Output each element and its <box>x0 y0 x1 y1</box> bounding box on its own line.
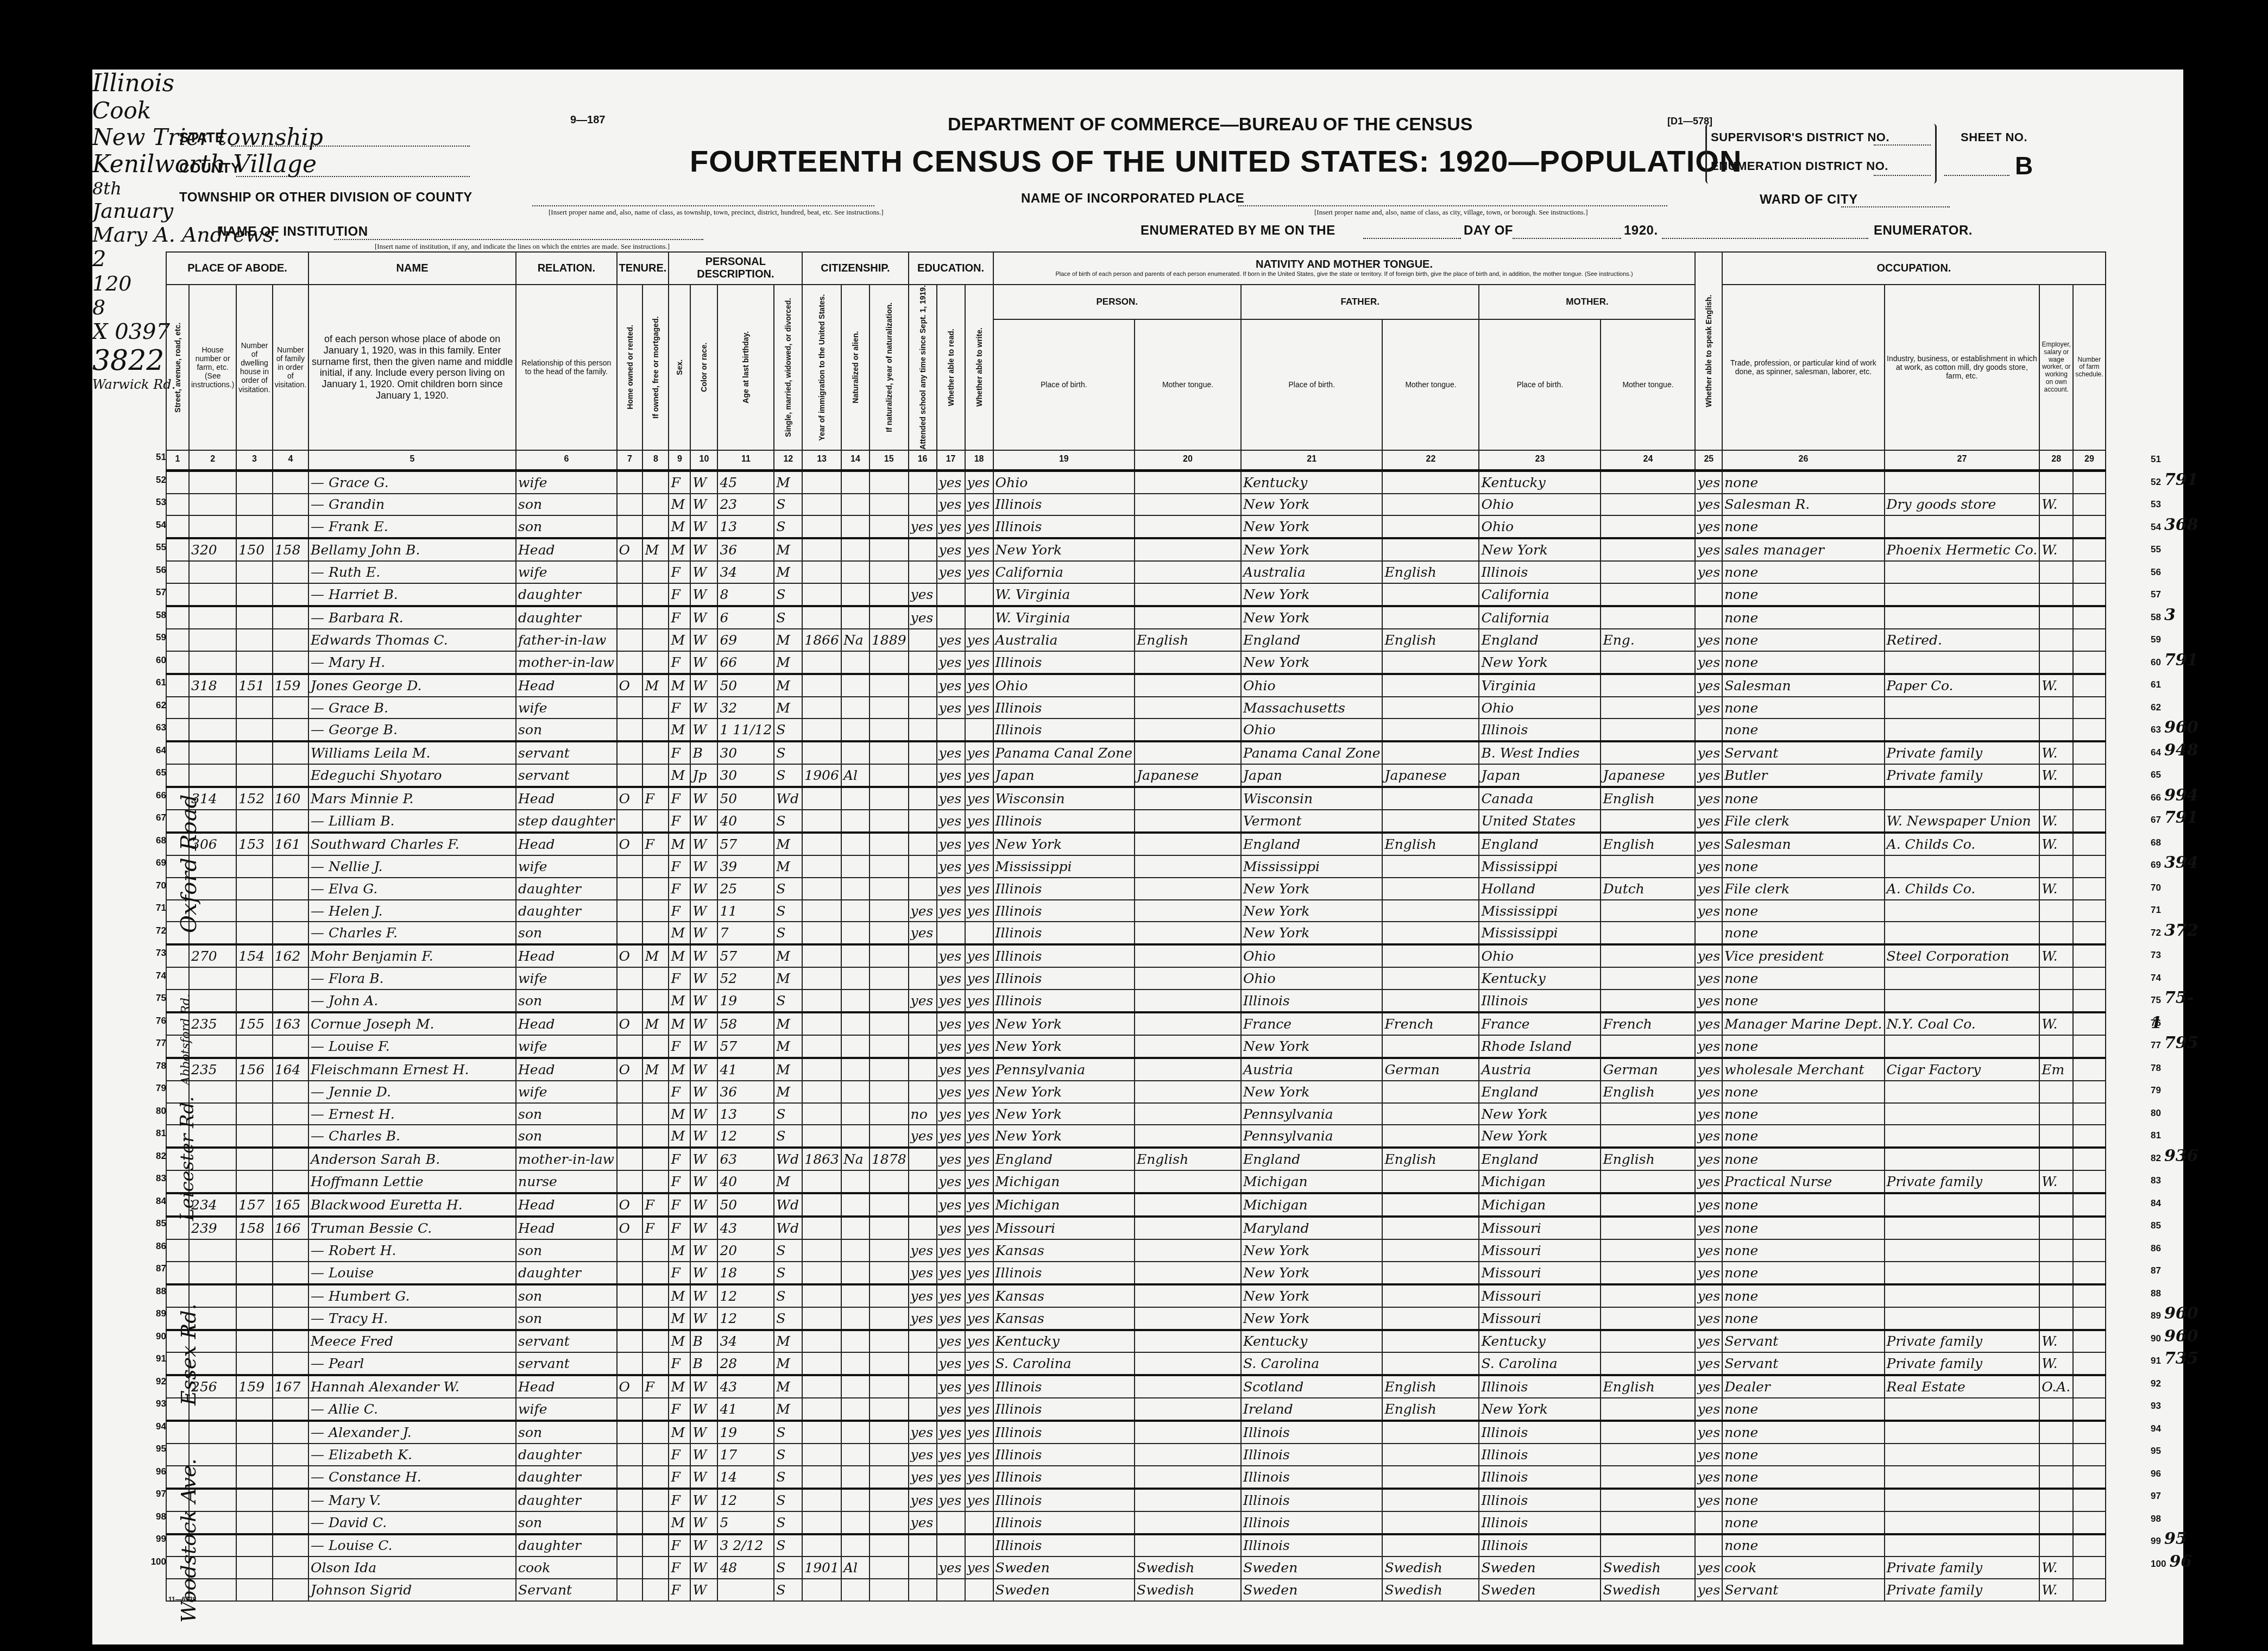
cell-house: 235 <box>189 1058 236 1081</box>
line-number: 58 <box>2151 612 2161 622</box>
cell-school <box>909 651 937 674</box>
cell-farm <box>2073 1421 2105 1444</box>
cell-immig <box>802 1103 841 1125</box>
cell-farm <box>2073 1398 2105 1421</box>
cell-class <box>2039 651 2073 674</box>
cell-relation: Servant <box>516 1579 617 1601</box>
cell-m-tongue <box>1601 719 1695 741</box>
cell-relation: wife <box>516 561 617 583</box>
line-number: 62 <box>2151 702 2161 713</box>
cell-industry <box>1885 1035 2040 1058</box>
cell-school <box>909 833 937 855</box>
col-27-header: Industry, business, or establishment in … <box>1885 285 2040 450</box>
cell-family <box>273 1170 308 1193</box>
cell-class <box>2039 1035 2073 1058</box>
cell-m-tongue <box>1601 1330 1695 1353</box>
cell-f-birth: Kentucky <box>1241 1330 1382 1353</box>
cell-race: W <box>690 1125 717 1148</box>
cell-tongue <box>1135 1352 1241 1375</box>
cell-class: W. <box>2039 741 2073 764</box>
cell-m-tongue <box>1601 967 1695 990</box>
cell-write <box>965 1579 993 1601</box>
cell-house <box>189 583 236 606</box>
cell-industry <box>1885 1511 2040 1534</box>
cell-school: yes <box>909 1239 937 1262</box>
cell-marital: S <box>774 810 802 833</box>
col-14-header: Naturalized or alien. <box>841 285 870 450</box>
cell-occupation: Vice president <box>1722 944 1884 967</box>
cell-owned <box>642 764 669 787</box>
cell-nat <box>841 1466 870 1489</box>
cell-nat <box>841 719 870 741</box>
cell-owned <box>642 1284 669 1307</box>
cell-natyr <box>870 1579 909 1601</box>
cell-industry <box>1885 787 2040 810</box>
cell-school <box>909 1534 937 1557</box>
cell-marital: Wd <box>774 1148 802 1170</box>
cell-dwelling: 150 <box>236 538 272 561</box>
cell-natyr <box>870 1466 909 1489</box>
table-row: 235155163Cornue Joseph M.HeadOMMW58Myesy… <box>166 1012 2106 1035</box>
cell-owned: F <box>642 1193 669 1217</box>
cell-english: yes <box>1695 651 1722 674</box>
cell-f-birth: New York <box>1241 1307 1382 1330</box>
cell-birth: New York <box>993 1012 1135 1035</box>
cell-natyr <box>870 1330 909 1353</box>
table-row: — GrandinsonMW23SyesyesIllinoisNew YorkO… <box>166 494 2106 516</box>
cell-m-birth: United States <box>1479 810 1601 833</box>
cell-marital: S <box>774 900 802 922</box>
cell-street <box>166 629 189 651</box>
cell-birth: Illinois <box>993 1466 1135 1489</box>
cell-natyr <box>870 1398 909 1421</box>
cell-family <box>273 494 308 516</box>
line-number-with-code: 66994 <box>2151 784 2172 807</box>
cell-occupation: Butler <box>1722 764 1884 787</box>
cell-m-tongue <box>1601 1035 1695 1058</box>
cell-nat: Na <box>841 629 870 651</box>
cell-industry <box>1885 1262 2040 1284</box>
cell-tongue <box>1135 1081 1241 1103</box>
cell-school <box>909 1058 937 1081</box>
cell-f-birth: England <box>1241 1148 1382 1170</box>
cell-read: yes <box>937 810 965 833</box>
cell-street <box>166 1421 189 1444</box>
cell-house <box>189 561 236 583</box>
cell-birth: Illinois <box>993 697 1135 719</box>
cell-street <box>166 719 189 741</box>
cell-race: W <box>690 1035 717 1058</box>
cell-sex: M <box>669 1103 690 1125</box>
line-number: 91 <box>147 1347 166 1370</box>
cell-english: yes <box>1695 810 1722 833</box>
cell-tongue <box>1135 1239 1241 1262</box>
cell-class: W. <box>2039 944 2073 967</box>
cell-f-birth: New York <box>1241 900 1382 922</box>
cell-marital: S <box>774 1307 802 1330</box>
cell-street <box>166 651 189 674</box>
col-25-header: Whether able to speak English. <box>1695 252 1722 450</box>
cell-race: W <box>690 1239 717 1262</box>
incorporated-place-label: Name of incorporated place <box>1021 191 1244 206</box>
cell-owned <box>642 1262 669 1284</box>
cell-f-tongue <box>1382 470 1479 493</box>
cell-write: yes <box>965 1489 993 1511</box>
cell-marital: S <box>774 1239 802 1262</box>
cell-f-birth: Illinois <box>1241 990 1382 1012</box>
col-11-header: Age at last birthday. <box>717 285 774 450</box>
cell-school: yes <box>909 1466 937 1489</box>
cell-nat <box>841 1398 870 1421</box>
cell-m-tongue: Dutch <box>1601 878 1695 900</box>
cell-name: Olson Ida <box>308 1557 516 1579</box>
cell-immig <box>802 1421 841 1444</box>
cell-marital: S <box>774 1489 802 1511</box>
cell-farm <box>2073 1352 2105 1375</box>
cell-occupation: none <box>1722 855 1884 878</box>
cell-m-tongue: Swedish <box>1601 1557 1695 1579</box>
census-rows: — Grace G.wifeFW45MyesyesOhioKentuckyKen… <box>166 470 2106 1601</box>
cell-marital: S <box>774 990 802 1012</box>
cell-race: W <box>690 651 717 674</box>
line-number-with-code: 79 <box>2151 1077 2172 1100</box>
cell-relation: Head <box>516 674 617 697</box>
cell-sex: F <box>669 855 690 878</box>
cell-birth: Illinois <box>993 1444 1135 1466</box>
cell-home <box>617 1103 643 1125</box>
column-number: 29 <box>2073 450 2105 471</box>
cell-dwelling <box>236 1579 272 1601</box>
cell-m-tongue: Eng. <box>1601 629 1695 651</box>
cell-marital: S <box>774 878 802 900</box>
cell-write: yes <box>965 1125 993 1148</box>
line-number: 67 <box>147 806 166 829</box>
cell-class <box>2039 1511 2073 1534</box>
cell-occupation: none <box>1722 1489 1884 1511</box>
cell-home <box>617 855 643 878</box>
cell-natyr <box>870 697 909 719</box>
cell-read: yes <box>937 1330 965 1353</box>
line-number-with-code: 81 <box>2151 1122 2172 1145</box>
cell-write: yes <box>965 470 993 493</box>
cell-immig <box>802 538 841 561</box>
group-citizenship: CITIZENSHIP. <box>802 252 908 285</box>
township-line <box>532 205 874 206</box>
cell-write: yes <box>965 674 993 697</box>
cell-m-birth: New York <box>1479 1103 1601 1125</box>
col-28-header: Employer, salary or wage worker, or work… <box>2039 285 2073 450</box>
line-number: 61 <box>2151 679 2161 690</box>
cell-owned <box>642 1489 669 1511</box>
column-numbers-row: 1234567891011121314151617181920212223242… <box>166 450 2106 471</box>
cell-marital: S <box>774 1125 802 1148</box>
cell-race: W <box>690 1193 717 1217</box>
cell-tongue <box>1135 1217 1241 1239</box>
cell-farm <box>2073 1330 2105 1353</box>
cell-birth: Illinois <box>993 719 1135 741</box>
cell-marital: M <box>774 967 802 990</box>
cell-age: 25 <box>717 878 774 900</box>
cell-family: 163 <box>273 1012 308 1035</box>
line-number: 80 <box>2151 1108 2161 1118</box>
cell-english: yes <box>1695 833 1722 855</box>
cell-m-birth: Japan <box>1479 764 1601 787</box>
cell-family <box>273 1262 308 1284</box>
cell-street <box>166 967 189 990</box>
cell-m-tongue <box>1601 561 1695 583</box>
line-number: 55 <box>147 536 166 559</box>
cell-english: yes <box>1695 1103 1722 1125</box>
cell-occupation: none <box>1722 1398 1884 1421</box>
cell-write <box>965 719 993 741</box>
line-number-with-code: 51 <box>2151 446 2172 469</box>
col-6-header: Relationship of this person to the head … <box>516 285 617 450</box>
cell-relation: son <box>516 494 617 516</box>
cell-tongue <box>1135 719 1241 741</box>
cell-m-birth: Virginia <box>1479 674 1601 697</box>
cell-owned <box>642 1148 669 1170</box>
line-number-with-code: 62 <box>2151 694 2172 717</box>
cell-m-tongue <box>1601 1398 1695 1421</box>
cell-f-tongue: English <box>1382 629 1479 651</box>
line-number: 70 <box>147 874 166 897</box>
cell-tongue <box>1135 990 1241 1012</box>
column-number: 23 <box>1479 450 1601 471</box>
cell-f-tongue: French <box>1382 1012 1479 1035</box>
cell-dwelling <box>236 922 272 944</box>
cell-relation: Head <box>516 944 617 967</box>
cell-tongue: English <box>1135 629 1241 651</box>
cell-english: yes <box>1695 1307 1722 1330</box>
cell-race: W <box>690 810 717 833</box>
cell-farm <box>2073 1012 2105 1035</box>
cell-dwelling <box>236 629 272 651</box>
cell-natyr <box>870 1352 909 1375</box>
line-number-with-code: 57 <box>2151 581 2172 604</box>
cell-f-birth: Australia <box>1241 561 1382 583</box>
cell-m-birth: Ohio <box>1479 944 1601 967</box>
cell-age: 30 <box>717 764 774 787</box>
cell-english: yes <box>1695 1012 1722 1035</box>
cell-immig <box>802 1262 841 1284</box>
cell-marital: M <box>774 561 802 583</box>
cell-read: yes <box>937 1307 965 1330</box>
line-number: 58 <box>147 604 166 627</box>
line-number: 83 <box>2151 1175 2161 1186</box>
cell-natyr <box>870 1193 909 1217</box>
cell-tongue <box>1135 697 1241 719</box>
cell-tongue <box>1135 494 1241 516</box>
cell-name: Jones George D. <box>308 674 516 697</box>
cell-f-birth: Mississippi <box>1241 855 1382 878</box>
cell-dwelling: 156 <box>236 1058 272 1081</box>
cell-m-birth: Illinois <box>1479 719 1601 741</box>
institution-label: Name of Institution <box>217 224 368 240</box>
cell-owned <box>642 515 669 538</box>
line-number: 88 <box>147 1280 166 1303</box>
cell-family <box>273 697 308 719</box>
cell-home <box>617 878 643 900</box>
cell-f-tongue <box>1382 967 1479 990</box>
cell-m-birth: Illinois <box>1479 561 1601 583</box>
cell-industry: Dry goods store <box>1885 494 2040 516</box>
cell-relation: Head <box>516 833 617 855</box>
cell-marital: M <box>774 674 802 697</box>
cell-farm <box>2073 561 2105 583</box>
cell-read: yes <box>937 1217 965 1239</box>
cell-read: yes <box>937 1466 965 1489</box>
table-row: — Louise C.daughterFW3 2/12SIllinoisIlli… <box>166 1534 2106 1557</box>
cell-f-tongue: Swedish <box>1382 1557 1479 1579</box>
cell-marital: M <box>774 697 802 719</box>
cell-english: yes <box>1695 1489 1722 1511</box>
cell-school: yes <box>909 583 937 606</box>
cell-street <box>166 1239 189 1262</box>
cell-home <box>617 1579 643 1601</box>
cell-marital: S <box>774 1421 802 1444</box>
cell-english: yes <box>1695 538 1722 561</box>
cell-nat <box>841 515 870 538</box>
cell-m-birth: Illinois <box>1479 1375 1601 1398</box>
cell-farm <box>2073 1284 2105 1307</box>
cell-farm <box>2073 1193 2105 1217</box>
line-number: 89 <box>2151 1310 2161 1321</box>
cell-natyr <box>870 719 909 741</box>
group-name: NAME <box>308 252 516 285</box>
cell-birth: Illinois <box>993 651 1135 674</box>
line-number: 96 <box>2151 1469 2161 1479</box>
cell-occupation: none <box>1722 1148 1884 1170</box>
cell-immig <box>802 1489 841 1511</box>
cell-dwelling <box>236 1466 272 1489</box>
cell-dwelling <box>236 651 272 674</box>
cell-nat <box>841 1330 870 1353</box>
cell-f-tongue: English <box>1382 1398 1479 1421</box>
cell-f-tongue <box>1382 944 1479 967</box>
cell-race: W <box>690 1534 717 1557</box>
cell-f-birth: Illinois <box>1241 1511 1382 1534</box>
cell-age: 58 <box>717 1012 774 1035</box>
cell-f-tongue <box>1382 1103 1479 1125</box>
cell-immig <box>802 1081 841 1103</box>
cell-race: W <box>690 1012 717 1035</box>
line-number-with-code: 78 <box>2151 1055 2172 1077</box>
cell-marital: M <box>774 1012 802 1035</box>
cell-house <box>189 741 236 764</box>
line-number-with-code: 74 <box>2151 965 2172 987</box>
cell-birth: Kansas <box>993 1239 1135 1262</box>
cell-relation: son <box>516 515 617 538</box>
line-number: 91 <box>2151 1356 2161 1366</box>
cell-age: 32 <box>717 697 774 719</box>
cell-relation: wife <box>516 855 617 878</box>
cell-age: 36 <box>717 1081 774 1103</box>
cell-relation: son <box>516 922 617 944</box>
line-number: 56 <box>147 559 166 582</box>
cell-natyr <box>870 583 909 606</box>
cell-class <box>2039 922 2073 944</box>
cell-family <box>273 719 308 741</box>
cell-industry <box>1885 1125 2040 1148</box>
cell-class: W. <box>2039 810 2073 833</box>
cell-sex: F <box>669 878 690 900</box>
line-number: 97 <box>2151 1491 2161 1501</box>
cell-marital: M <box>774 1398 802 1421</box>
cell-read: yes <box>937 515 965 538</box>
line-number: 72 <box>2151 928 2161 938</box>
line-number: 60 <box>147 649 166 672</box>
line-number-with-code: 67791 <box>2151 806 2172 829</box>
cell-nat <box>841 538 870 561</box>
column-number: 24 <box>1601 450 1695 471</box>
cell-name: Edeguchi Shyotaro <box>308 764 516 787</box>
cell-name: Meece Fred <box>308 1330 516 1353</box>
cell-read <box>937 583 965 606</box>
cell-house: 235 <box>189 1012 236 1035</box>
cell-write: yes <box>965 651 993 674</box>
cell-occupation: cook <box>1722 1557 1884 1579</box>
cell-sex: F <box>669 561 690 583</box>
cell-industry <box>1885 990 2040 1012</box>
cell-birth: Illinois <box>993 810 1135 833</box>
cell-class <box>2039 1284 2073 1307</box>
cell-industry: Steel Corporation <box>1885 944 2040 967</box>
line-number: 85 <box>2151 1220 2161 1231</box>
cell-age: 12 <box>717 1489 774 1511</box>
cell-nat <box>841 1307 870 1330</box>
cell-race: W <box>690 1489 717 1511</box>
cell-dwelling <box>236 900 272 922</box>
cell-dwelling <box>236 1035 272 1058</box>
cell-name: — Louise F. <box>308 1035 516 1058</box>
cell-nat <box>841 1081 870 1103</box>
column-number: 13 <box>802 450 841 471</box>
cell-house <box>189 990 236 1012</box>
cell-home: O <box>617 1217 643 1239</box>
cell-race: W <box>690 1444 717 1466</box>
line-number-with-code: 10096 <box>2151 1551 2172 1573</box>
cell-dwelling <box>236 561 272 583</box>
cell-name: Blackwood Euretta H. <box>308 1193 516 1217</box>
cell-farm <box>2073 1125 2105 1148</box>
cell-relation: step daughter <box>516 810 617 833</box>
cell-immig <box>802 470 841 493</box>
line-number-with-code: 80 <box>2151 1100 2172 1123</box>
cell-birth: Illinois <box>993 1421 1135 1444</box>
cell-home <box>617 990 643 1012</box>
cell-f-tongue <box>1382 1489 1479 1511</box>
cell-name: Johnson Sigrid <box>308 1579 516 1601</box>
cell-class <box>2039 900 2073 922</box>
cell-immig <box>802 900 841 922</box>
cell-school: yes <box>909 515 937 538</box>
cell-occupation: none <box>1722 1466 1884 1489</box>
cell-m-birth: Ohio <box>1479 515 1601 538</box>
cell-name: — Mary H. <box>308 651 516 674</box>
incorporated-place-line <box>1238 205 1667 206</box>
cell-english: yes <box>1695 629 1722 651</box>
cell-dwelling: 155 <box>236 1012 272 1035</box>
cell-race: W <box>690 878 717 900</box>
cell-f-birth: New York <box>1241 494 1382 516</box>
cell-school <box>909 674 937 697</box>
cell-school <box>909 967 937 990</box>
cell-birth: Illinois <box>993 967 1135 990</box>
cell-relation: son <box>516 1421 617 1444</box>
line-number-with-code: 85 <box>2151 1212 2172 1235</box>
cell-class <box>2039 1125 2073 1148</box>
cell-race: W <box>690 1466 717 1489</box>
